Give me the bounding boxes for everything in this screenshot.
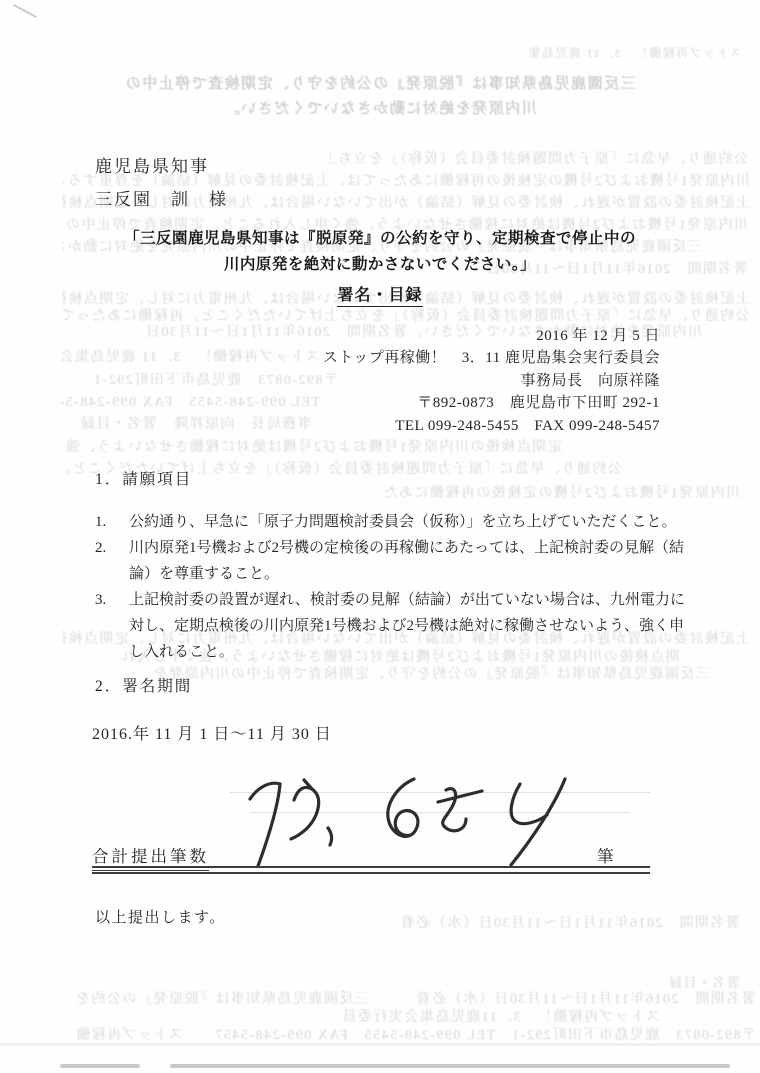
total-unit-label: 筆 xyxy=(597,843,614,867)
comma-stroke xyxy=(328,828,332,845)
digit-8-stroke xyxy=(388,779,418,836)
bleedthrough-line: 署名期間 2016年11月1日～11月30日（水）必着 xyxy=(300,912,740,932)
handwritten-total-number xyxy=(228,766,578,871)
bleedthrough-line: 川内原発1号機および2号機の定検後の再稼働にあたっては xyxy=(380,482,740,502)
signature-period: 2016.年 11 月 1 日～11 月 30 日 xyxy=(92,721,332,744)
scan-edge-artifact xyxy=(170,1064,730,1068)
bleedthrough-line: ストップ再稼働！ 3．11 鹿児島集会実行委員会 xyxy=(62,346,320,366)
bleedthrough-line: 署名期間 2016年11月1日～11月30日（水）必着 三反園鹿児島県知事は『脱… xyxy=(66,988,756,1008)
digit-4-stroke xyxy=(511,784,547,824)
digit-5-stroke xyxy=(438,791,482,802)
bleedthrough-line: 〒892-0873 鹿児島市下田町292-1 TEL 099-248-5455 … xyxy=(66,1024,756,1044)
bleedthrough-line: 署名期間 2016年11月1日～11月30日 xyxy=(430,258,748,278)
bleedthrough-line: 三反園鹿児島県知事は『脱原発』の公約を守り、定期検査で停止中の川内原発を絶対に動… xyxy=(62,236,702,256)
item-number: 2. xyxy=(95,535,129,561)
bleedthrough-line: 上記検討委の設置が遅れ、検討委の見解（結論）が出ていない場合は、九州電力に対し、… xyxy=(62,192,750,212)
bleedthrough-line: 三反園鹿児島県知事は『脱原発』の公約を守り、定期検査で停止中の川内原発を xyxy=(90,663,710,683)
bleedthrough-line: 定期点検後の川内原発1号機および2号機は絶対に稼働させないよう、強く申し入れるこ… xyxy=(62,436,562,456)
bleedthrough-line: ストップ再稼働！ 3．11鹿児島集会実行委員会 xyxy=(340,1006,660,1026)
item-number: 1. xyxy=(95,509,129,535)
scan-scratch-mark xyxy=(13,4,37,18)
bleedthrough-line: 上記検討委の設置が遅れ、検討委の見解（結論）が出ていない場合は、九州電力に対し、… xyxy=(62,628,750,648)
closing-statement: 以上提出します。 xyxy=(95,906,226,927)
item-text: 川内原発1号機および2号機の定検後の再稼働にあたっては、上記検討委の見解（結論）… xyxy=(129,535,687,587)
item-number: 3. xyxy=(95,587,129,613)
bleedthrough-line: 川内原発を絶対に動かさないでください。署名期間 2016年11月1日～11月30… xyxy=(62,321,702,341)
digit-7-stroke xyxy=(250,783,280,799)
bleedthrough-line: 〒892-0873 鹿児島市下田町292-1 xyxy=(62,369,338,389)
petition-item: 1. 公約通り、早急に「原子力問題検討委員会（仮称）」を立ち上げていただくこと。 xyxy=(95,509,687,535)
bleedthrough-line: TEL 099-248-5455 FAX 099-248-5457 xyxy=(62,391,320,411)
item-text: 公約通り、早急に「原子力問題検討委員会（仮称）」を立ち上げていただくこと。 xyxy=(129,509,687,535)
bleedthrough-line: 川内原発を絶対に動かさないでください。 xyxy=(100,97,660,118)
bleedthrough-line: 公約通り、早急に「原子力問題検討委員会（仮称）」を立ち上げていただくこと。 xyxy=(62,458,622,478)
bleedthrough-line: 川内原発1号機および2号機は絶対に稼働させないよう、強く申し入れること。定期検査… xyxy=(62,214,748,234)
petition-item: 2. 川内原発1号機および2号機の定検後の再稼働にあたっては、上記検討委の見解（… xyxy=(95,535,687,587)
page: 鹿児島県知事 三反園 訓 様 「三反園鹿児島県知事は『脱原発』の公約を守り、定期… xyxy=(0,0,760,1073)
bleedthrough-line: 事務局長 向原祥隆 署名・目録 xyxy=(62,413,312,433)
digit-7-stroke xyxy=(258,784,280,866)
total-double-rule xyxy=(92,866,650,874)
bleedthrough-line: ストップ再稼働！ 3．11 鹿児島集会実行委員会 xyxy=(530,44,742,61)
scan-edge-artifact xyxy=(60,1064,140,1068)
bleedthrough-line: 公約通り、早急に「原子力問題検討委員会（仮称）」を立ち上げていただくこと。 xyxy=(330,148,748,168)
bleedthrough-line: 三反園鹿児島県知事は『脱原発』の公約を守り、定期検査で停止中の xyxy=(100,72,660,93)
digit-2-stroke xyxy=(291,787,319,839)
bleedthrough-line: 川内原発1号機および2号機の定検後の再稼働にあたっては、上記検討委の見解（結論）… xyxy=(62,170,750,190)
